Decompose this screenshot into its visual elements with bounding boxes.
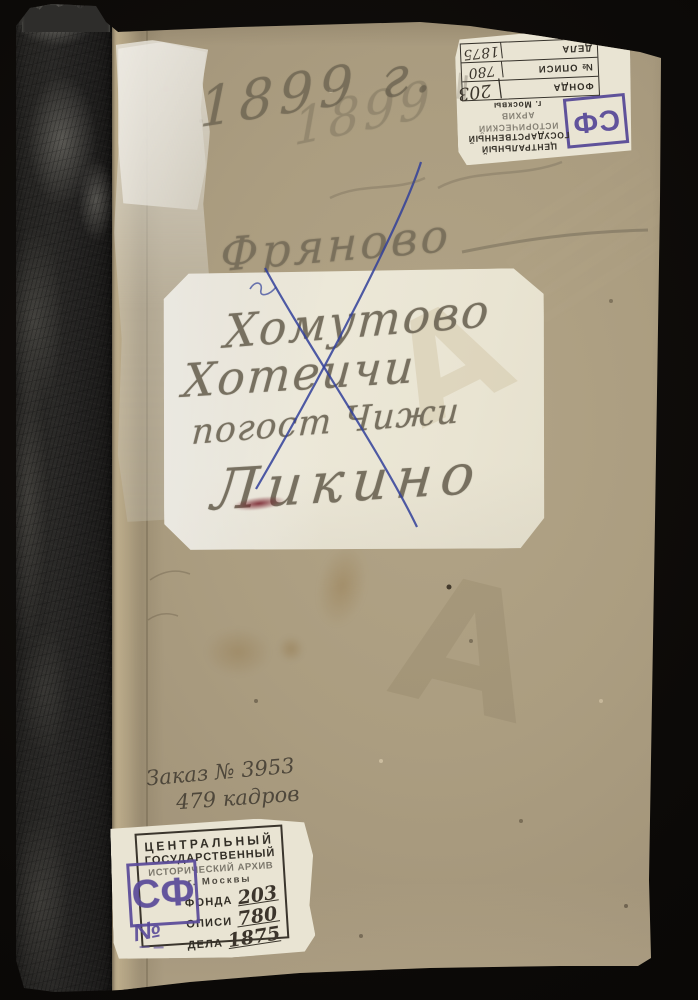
stain [278, 636, 304, 662]
tape-residue-top [118, 42, 206, 210]
fond-table: ФОНДА 203 № ОПИСИ 780 ДЕЛА 1875 [460, 38, 600, 102]
cover-specks [0, 0, 2, 2]
field-label: № ОПИСИ [503, 61, 598, 76]
field-value-handwritten: 1875 [226, 926, 281, 949]
field-label: ДЕЛА [187, 937, 223, 951]
spine-frayed-top [22, 0, 110, 32]
book-cover: 1899 г. 1899 Фряново А А Хомутово Хотеич… [0, 0, 698, 1000]
central-title-label: А Хомутово Хотеичи погост Чижи Ликино [162, 268, 547, 552]
photo-of-archive-file-cover: { "labels": { "org": ["ЦЕНТРАЛЬНЫЙ", "ГО… [0, 0, 698, 1000]
field-label: ФОНДА [503, 80, 598, 95]
archive-label-top-right: СФ ЦЕНТРАЛЬНЫЙ ГОСУДАРСТВЕННЫЙ ИСТОРИЧЕС… [453, 28, 634, 165]
field-label: ДЕЛА [502, 42, 597, 57]
field-row-delo: ДЕЛА 1875 [187, 928, 282, 952]
book-spine [0, 0, 118, 1000]
archive-label-bottom-left: ЦЕНТРАЛЬНЫЙ ГОСУДАРСТВЕННЫЙ ИСТОРИЧЕСКИЙ… [110, 817, 316, 961]
field-value-handwritten: 1875 [460, 42, 503, 62]
stain [205, 628, 271, 676]
numero-mark: № [131, 915, 164, 948]
purple-dashes [140, 946, 150, 948]
spine-cloth-texture [0, 0, 118, 1000]
sf-stamp: СФ [126, 859, 200, 927]
archive-org-name: ЦЕНТРАЛЬНЫЙ ГОСУДАРСТВЕННЫЙ ИСТОРИЧЕСКИЙ… [462, 98, 574, 156]
